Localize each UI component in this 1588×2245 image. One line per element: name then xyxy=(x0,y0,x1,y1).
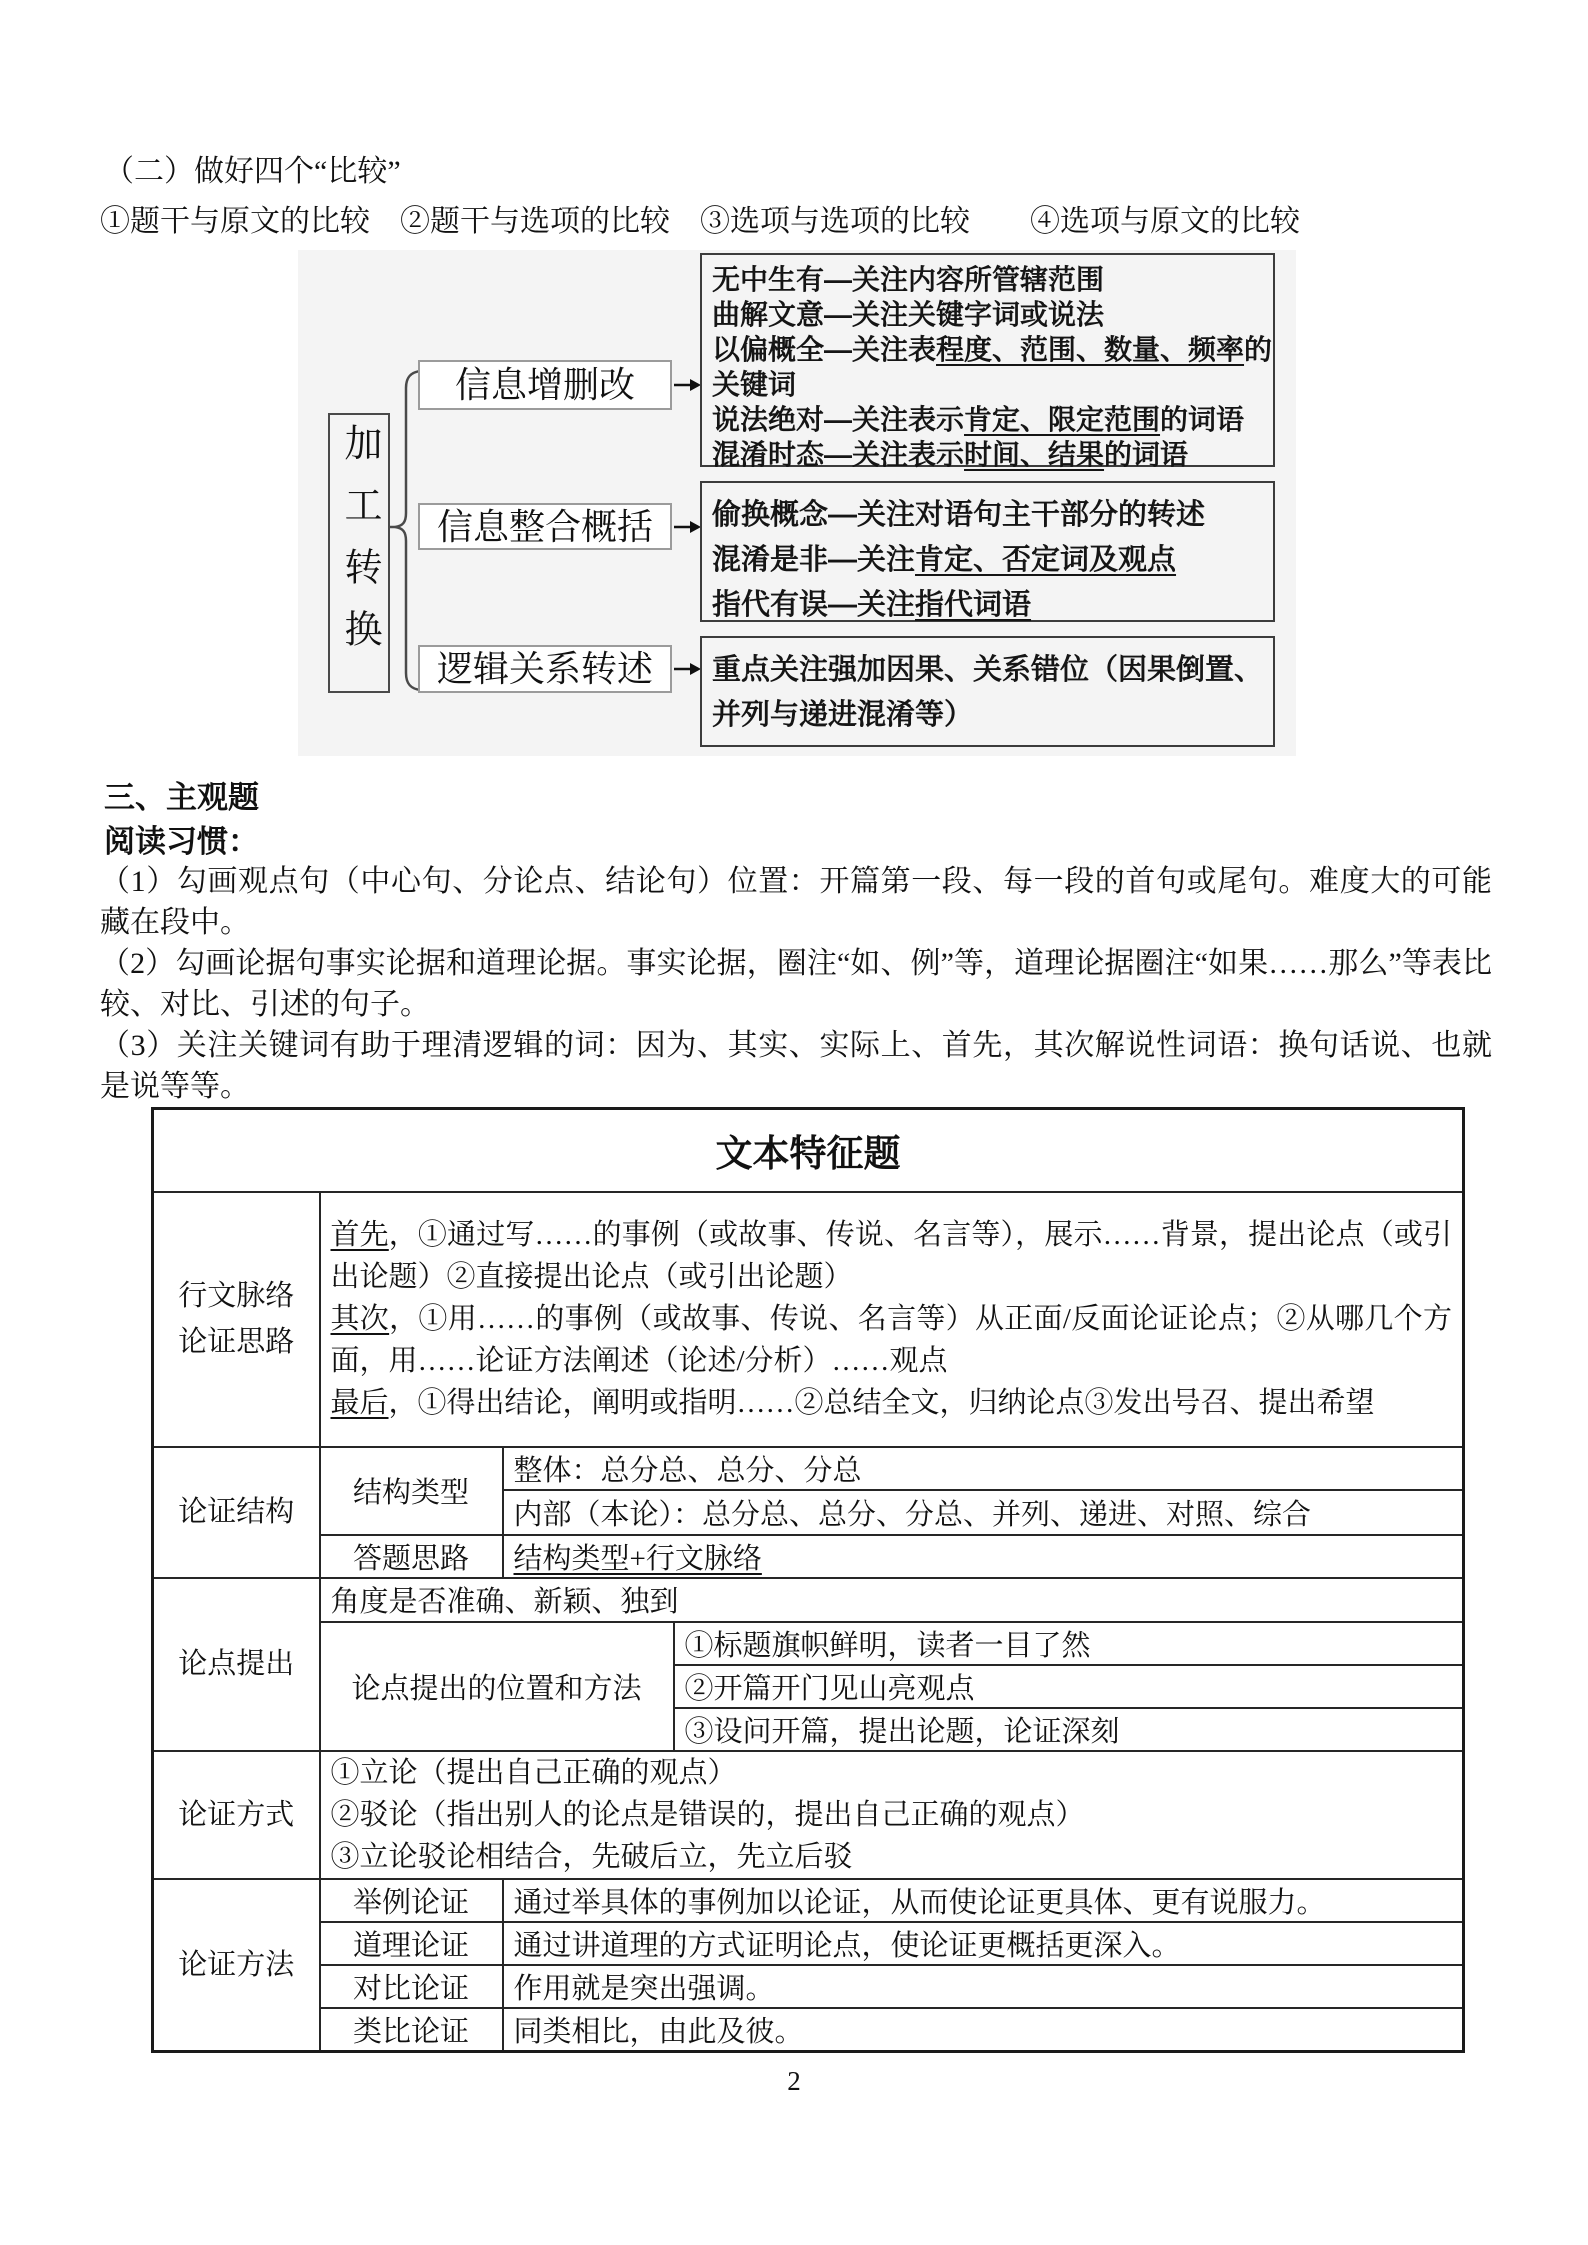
branch-info-integrate-box: 信息整合概括 xyxy=(418,503,672,550)
method-label-reasoning: 道理论证 xyxy=(320,1922,503,1965)
branch-logic-restate-box: 逻辑关系转述 xyxy=(418,645,672,693)
detail-line: 关键词 xyxy=(712,367,1263,402)
row-header-argument-mode: 论证方式 xyxy=(153,1751,320,1879)
compare-items-line: ①题干与原文的比较 ②题干与选项的比较 ③选项与选项的比较 ④选项与原文的比较 xyxy=(100,196,1300,240)
branch-info-edit-box: 信息增删改 xyxy=(418,360,672,410)
method-label-example: 举例论证 xyxy=(320,1879,503,1922)
reading-habits-paragraphs: （1）勾画观点句（中心句、分论点、结论句）位置：开篇第一段、每一段的首句或尾句。… xyxy=(100,861,1492,1107)
section3-heading: 三、主观题 xyxy=(104,772,259,817)
root-node-label: 加工转换 xyxy=(330,423,388,671)
detail-line: 曲解文意—关注关键字词或说法 xyxy=(712,297,1263,332)
page-number: 2 xyxy=(0,2066,1588,2097)
mode-1: ①立论（提出自己正确的观点） xyxy=(331,1752,1453,1794)
thesis-method-3: ③设问开篇，提出论题，论证深刻 xyxy=(674,1708,1464,1751)
mode-2: ②驳论（指出别人的论点是错误的，提出自己正确的观点） xyxy=(331,1794,1453,1836)
arrow-branch2 xyxy=(674,521,701,533)
structure-type-label: 结构类型 xyxy=(320,1447,503,1535)
detail-line: 混淆时态—关注表示时间、结果的词语 xyxy=(712,437,1263,472)
outline-second: 其次，①用……的事例（或故事、传说、名言等）从正面/反面论证论点；②从哪几个方面… xyxy=(331,1298,1453,1382)
detail-line: 混淆是非—关注肯定、否定词及观点 xyxy=(712,538,1263,583)
thesis-method-1: ①标题旗帜鲜明，读者一目了然 xyxy=(674,1622,1464,1665)
detail-box-info-integrate: 偷换概念—关注对语句主干部分的转述 混淆是非—关注肯定、否定词及观点 指代有误—… xyxy=(700,481,1275,622)
detail-line: 无中生有—关注内容所管辖范围 xyxy=(712,262,1263,297)
method-desc-example: 通过举具体的事例加以论证，从而使论证更具体、更有说服力。 xyxy=(503,1879,1464,1922)
method-label-contrast: 对比论证 xyxy=(320,1965,503,2008)
detail-line: 重点关注强加因果、关系错位（因果倒置、 xyxy=(712,648,1263,693)
branch-info-integrate-label: 信息整合概括 xyxy=(437,507,653,547)
outline-first: 首先，①通过写……的事例（或故事、传说、名言等），展示……背景，提出论点（或引出… xyxy=(331,1214,1453,1298)
detail-box-info-edit: 无中生有—关注内容所管辖范围 曲解文意—关注关键字词或说法 以偏概全—关注表程度… xyxy=(700,253,1275,467)
paragraph-1: （1）勾画观点句（中心句、分论点、结论句）位置：开篇第一段、每一段的首句或尾句。… xyxy=(100,861,1492,943)
detail-line: 说法绝对—关注表示肯定、限定范围的词语 xyxy=(712,402,1263,437)
row-header-structure-outline: 行文脉络 论证思路 xyxy=(153,1192,320,1447)
mode-3: ③立论驳论相结合，先破后立，先立后驳 xyxy=(331,1836,1453,1878)
section2-heading: （二）做好四个“比较” xyxy=(104,146,401,190)
thesis-angle-cell: 角度是否准确、新颖、独到 xyxy=(320,1578,1464,1622)
row-header-argument-method: 论证方法 xyxy=(153,1879,320,2052)
branch-logic-restate-label: 逻辑关系转述 xyxy=(437,649,653,689)
outline-third: 最后，①得出结论，阐明或指明……②总结全文，归纳论点③发出号召、提出希望 xyxy=(331,1382,1453,1424)
thesis-method-2: ②开篇开门见山亮观点 xyxy=(674,1665,1464,1708)
method-desc-analogy: 同类相比，由此及彼。 xyxy=(503,2008,1464,2052)
method-label-analogy: 类比论证 xyxy=(320,2008,503,2052)
arrow-branch1 xyxy=(674,379,701,391)
row-header-thesis-proposal: 论点提出 xyxy=(153,1578,320,1751)
detail-line: 以偏概全—关注表程度、范围、数量、频率的 xyxy=(712,332,1263,367)
detail-line: 偷换概念—关注对语句主干部分的转述 xyxy=(712,493,1263,538)
table-title: 文本特征题 xyxy=(153,1109,1464,1192)
reading-habits-subheading: 阅读习惯： xyxy=(104,816,259,861)
paragraph-2: （2）勾画论据句事实论据和道理论据。事实论据，圈注“如、例”等，道理论据圈注“如… xyxy=(100,943,1492,1025)
structure-outline-content: 首先，①通过写……的事例（或故事、传说、名言等），展示……背景，提出论点（或引出… xyxy=(320,1192,1464,1447)
detail-box-logic-restate: 重点关注强加因果、关系错位（因果倒置、 并列与递进混淆等） xyxy=(700,636,1275,747)
thesis-method-label: 论点提出的位置和方法 xyxy=(320,1622,674,1751)
argument-mode-content: ①立论（提出自己正确的观点） ②驳论（指出别人的论点是错误的，提出自己正确的观点… xyxy=(320,1751,1464,1879)
method-desc-contrast: 作用就是突出强调。 xyxy=(503,1965,1464,2008)
branch-info-edit-label: 信息增删改 xyxy=(455,365,635,405)
answer-approach-cell: 结构类型+行文脉络 xyxy=(503,1535,1464,1578)
answer-approach-label: 答题思路 xyxy=(320,1535,503,1578)
method-desc-reasoning: 通过讲道理的方式证明论点，使论证更概括更深入。 xyxy=(503,1922,1464,1965)
processing-transform-diagram: 加工转换 信息增删改 信息整合概括 逻辑关系转述 无中生有—关注内容所管辖范围 … xyxy=(298,250,1296,756)
paragraph-3: （3）关注关键词有助于理清逻辑的词：因为、其实、实际上、首先，其次解说性词语：换… xyxy=(100,1025,1492,1107)
structure-internal-cell: 内部（本论）：总分总、总分、分总、并列、递进、对照、综合 xyxy=(503,1490,1464,1535)
arrow-branch3 xyxy=(674,663,701,675)
detail-line: 指代有误—关注指代词语 xyxy=(712,583,1263,628)
document-page: （二）做好四个“比较” ①题干与原文的比较 ②题干与选项的比较 ③选项与选项的比… xyxy=(0,0,1588,2245)
root-node-box: 加工转换 xyxy=(328,413,390,693)
detail-line: 并列与递进混淆等） xyxy=(712,693,1263,738)
structure-overall-cell: 整体：总分总、总分、分总 xyxy=(503,1447,1464,1490)
text-feature-table: 文本特征题 行文脉络 论证思路 首先，①通过写……的事例（或故事、传说、名言等）… xyxy=(151,1107,1462,2053)
row-header-argument-structure: 论证结构 xyxy=(153,1447,320,1578)
